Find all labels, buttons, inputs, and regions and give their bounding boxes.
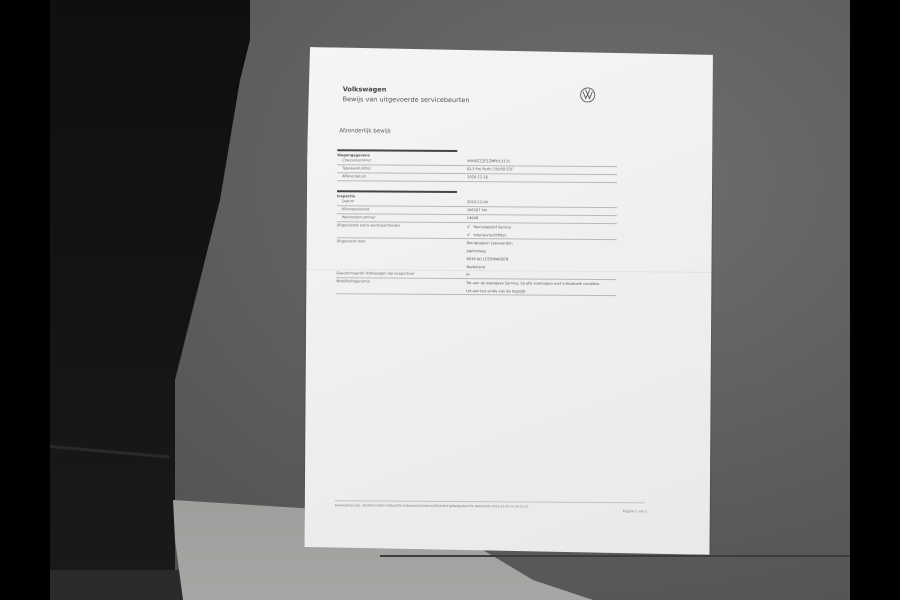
seat-seam [380, 555, 850, 557]
table-row: Afleverdatum 2020-12-16 [337, 172, 617, 183]
document-type: Afzonderlijk bewijs [339, 128, 390, 134]
section-rule [337, 190, 457, 192]
vw-logo-icon [580, 87, 596, 103]
photo-background: Volkswagen Bewijs van uitgevoerde servic… [50, 0, 850, 600]
checkmark-icon: ✓ [467, 225, 471, 230]
seat-bottom-dark [50, 570, 190, 600]
table-row-mobility: Mobiliteitsgarantie Tot aan de weergave … [336, 277, 616, 296]
brand-name: Volkswagen [343, 85, 387, 93]
security-code: Beveiligingscode: 3Gs8OOmZ0lG-t4S6dU5Tlx… [335, 503, 529, 508]
extra-work-item: ✓Remvloeistof Service [467, 225, 512, 230]
page-number: Pagina 1 van 1 [623, 509, 647, 513]
section-rule [337, 149, 457, 151]
service-document: Volkswagen Bewijs van uitgevoerde servic… [304, 47, 713, 555]
document-subtitle: Bewijs van uitgevoerde servicebeurten [343, 95, 470, 104]
table-row-performed-by: Uitgevoerd door Bourguignon Leeuwarden J… [336, 237, 616, 271]
